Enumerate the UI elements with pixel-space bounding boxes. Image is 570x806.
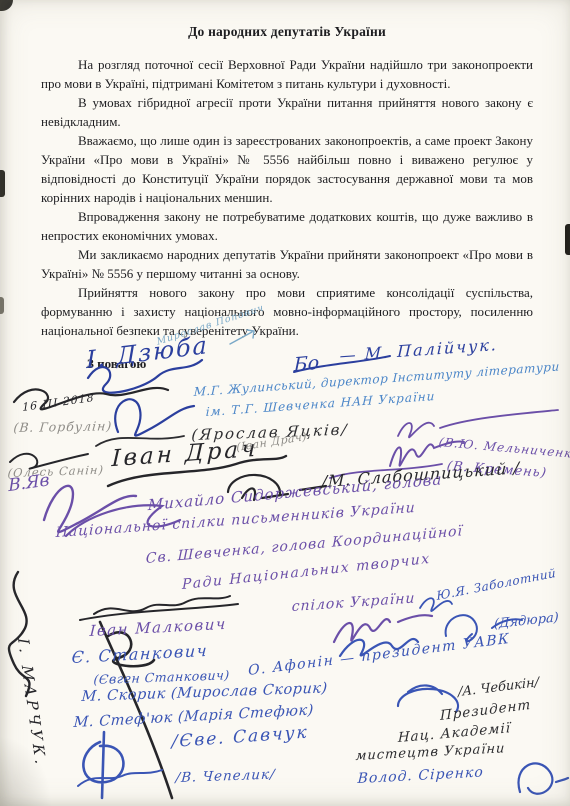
signature-horbulin: (В. Горбулін) bbox=[13, 420, 113, 434]
signature-paliichuk: — М. Палійчук. bbox=[339, 337, 498, 364]
signature-stankovych: Є. Станкович bbox=[71, 643, 208, 666]
signature-malkovych: Іван Малкович bbox=[89, 617, 227, 639]
signature-savchuk: /Єве. Савчук bbox=[171, 724, 308, 751]
signature-horbulin-date: 16 ІІІ 2018 bbox=[22, 392, 95, 413]
signature-melnychenko: (В.Ю. Мельниченко) bbox=[438, 436, 570, 461]
signature-chepelyk: /В. Чепелик/ bbox=[175, 769, 276, 786]
signatures-layer: Мирослав ПоповичІ. ДзюбаБо— М. Палійчук.… bbox=[0, 0, 570, 806]
signature-chebykin-title1: Президент bbox=[440, 699, 531, 724]
signature-yavorivskyi: В.Яв bbox=[8, 472, 50, 495]
signature-chebykin: /А. Чебикін/ bbox=[458, 676, 539, 699]
signature-afonin: О. Афонін — президент УАВК bbox=[248, 632, 510, 678]
signature-dziuba: І. Дзюба bbox=[86, 333, 209, 372]
signature-sydorzhevskyi-line5: спілок України bbox=[292, 591, 416, 614]
signature-diadiura: (Дядюра) bbox=[494, 611, 559, 631]
signature-marchuk: І. МАРЧУК. bbox=[15, 638, 48, 768]
signature-bo-flourish: Бо bbox=[294, 354, 320, 375]
signature-zabolotnyi: Ю.Я. Заболотний bbox=[436, 567, 557, 602]
scanned-letter-page: До народних депутатів України На розгляд… bbox=[0, 0, 570, 806]
signature-chebykin-title3: мистецтв України bbox=[355, 742, 505, 763]
signature-sirenko: Волод. Сіренко bbox=[357, 765, 484, 786]
